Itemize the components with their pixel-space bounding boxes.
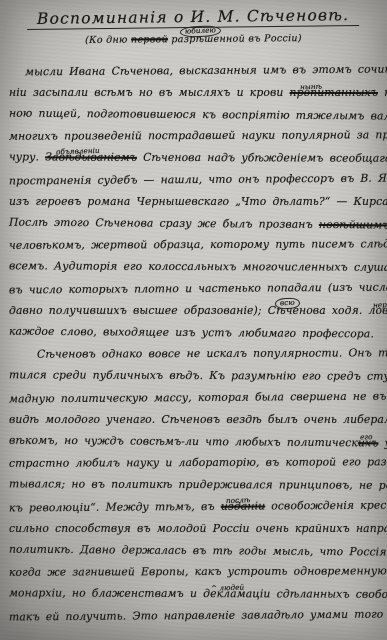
interlinear-insertion: нерѣдко (373, 301, 387, 310)
handwritten-text: человѣкомъ, жертвой образца, которому пу… (9, 237, 387, 252)
handwritten-text: сильно способствуя въ молодой Россіи оче… (9, 522, 387, 535)
manuscript-body: мысли Ивана Сѣченова, высказанныя имъ въ… (0, 60, 387, 627)
handwritten-text: декламаціи^ людей (203, 587, 270, 600)
handwritten-text: вѣкомъ, но чуждъ совсѣмъ-ли что любыхъ п… (9, 433, 358, 449)
manuscript-line: каждое слово, выходящее изъ устъ любимаг… (9, 320, 381, 345)
manuscript-line: къ революціи“. Между тѣмъ, въ изданіипос… (9, 495, 381, 520)
struck-word: первой (131, 34, 168, 45)
manuscript-photo: Воспоминанія о И. М. Сѣченовѣ. (Ко дню п… (0, 0, 387, 640)
manuscript-line: чуру. Завѣдываніемъобъявленіи Сѣченова н… (9, 146, 381, 169)
manuscript-line: ніи засыпали всѣмъ но въ мысляхъ и крови… (9, 82, 381, 104)
handwritten-text: пространенія судебъ — нашли, что онъ про… (9, 171, 387, 187)
interlinear-insertion: всю (274, 298, 299, 310)
handwritten-text: ніи засыпали всѣмъ но въ мысляхъ и крови (9, 86, 290, 99)
handwritten-text: мысли Ивана Сѣченова, высказанныя имъ въ… (25, 62, 387, 78)
handwritten-text: разрѣшеннойюбилею (171, 34, 245, 46)
manuscript-line: монархіи, но блаженствамъ и декламаціи^ … (9, 582, 381, 605)
handwritten-text: давно получившихъ высшее образованіе); (9, 304, 268, 317)
handwritten-text: каждое слово, выходящее изъ устъ любимаг… (9, 324, 374, 340)
handwritten-text: Сѣченова надъ убѣжденіемъ всеобщаго рас- (137, 151, 387, 165)
handwritten-text: въ число которыхъ плотно и частенько поп… (9, 280, 387, 296)
interlinear-insertion: нынѣ (300, 83, 322, 92)
manuscript-line: тился среди публичныхъ вѣдъ. Къ разумѣні… (9, 364, 381, 387)
manuscript-line: давно получившихъ высшее образованіе); С… (9, 300, 381, 322)
handwritten-text: увлеченій. Онъ (378, 436, 387, 450)
handwritten-text: къ революціи“. Между тѣмъ, въ (9, 500, 221, 515)
manuscript-line: Сѣченовъ однако вовсе не искалъ популярн… (9, 343, 381, 366)
manuscript-line: сильно способствуя въ молодой Россіи оче… (9, 518, 381, 540)
handwritten-text: ловилинерѣдко (369, 304, 387, 317)
struck-word: Завѣдываніемъобъявленіи (45, 151, 137, 164)
manuscript-line: многихъ произведеній пострадавшей науки … (9, 125, 381, 148)
manuscript-subtitle: (Ко дню первой разрѣшеннойюбилею въ Росс… (0, 32, 387, 46)
handwritten-text: страстно любилъ науку и лабораторію, въ … (9, 455, 387, 470)
handwritten-text: Послѣ этого Сѣченова сразу же былъ прозв… (9, 215, 319, 230)
handwritten-text: монархіи, но блаженствамъ и (9, 586, 203, 600)
manuscript-line: человѣкомъ, жертвой образца, которому пу… (9, 234, 381, 257)
interlinear-insertion: объявленіи (56, 147, 100, 156)
handwritten-text: политикѣ. Давно держалась въ тѣ годы мыс… (9, 542, 387, 558)
struck-word: новѣйшимъ (319, 218, 387, 232)
handwritten-text: ною пищей, подготовившеюся къ воспріятію… (9, 106, 387, 122)
handwritten-text: сдѣланныхъ свободы, (270, 587, 387, 601)
manuscript-line: пространенія судебъ — нашли, что онъ про… (9, 168, 381, 193)
handwritten-text: въ Россіи) (245, 33, 302, 44)
interlinear-insertion: юбилею (180, 25, 221, 38)
handwritten-text: книж- (378, 86, 387, 99)
manuscript-line: ною пищей, подготовившеюся къ воспріятію… (9, 102, 381, 127)
interlinear-insertion: его (360, 433, 373, 441)
handwritten-text: ходя. (326, 304, 369, 317)
handwritten-text: освобожденія крестьянъ, мысли (265, 498, 387, 513)
manuscript-line: видѣ молодого ученаго. Сѣченовъ вездѣ бы… (9, 409, 381, 431)
manuscript-line: изъ героевъ романа Чернышевскаго „Что дѣ… (9, 191, 381, 213)
manuscript-line: когда же загнившей Европы, какъ устроить… (9, 561, 381, 584)
manuscript-line: Послѣ этого Сѣченова сразу же былъ прозв… (9, 211, 381, 236)
struck-word: пропитанныхънынѣ (290, 86, 378, 99)
handwritten-text: Сѣченовъ однако вовсе не искалъ популярн… (37, 347, 387, 361)
manuscript-line: всемъ. Аудиторія его колоссальныхъ много… (9, 255, 381, 278)
struck-word: ихъего (358, 436, 379, 449)
manuscript-line: политикѣ. Давно держалась въ тѣ годы мыс… (9, 538, 381, 563)
interlinear-insertion: послѣ (226, 496, 251, 505)
handwritten-text: когда же загнившей Европы, какъ устроить… (9, 564, 387, 579)
handwritten-text: изъ героевъ романа Чернышевскаго „Что дѣ… (9, 195, 387, 208)
handwritten-text: тился среди публичныхъ вѣдъ. Къ разумѣні… (9, 368, 387, 383)
manuscript-line: тывался; но въ политикѣ придерживался пр… (9, 473, 381, 496)
handwritten-text: чуру. (9, 150, 45, 163)
handwritten-text: Сѣченовавсю (268, 304, 326, 317)
handwritten-text: тывался; но въ политикѣ придерживался пр… (9, 477, 387, 492)
interlinear-insertion: ^ людей (211, 584, 244, 593)
handwritten-text: многихъ произведеній пострадавшей науки … (9, 129, 387, 144)
manuscript-line: мадную политическую массу, которая была … (9, 386, 381, 411)
handwritten-text: (Ко дню (85, 35, 131, 46)
handwritten-text: мадную политическую массу, которая была … (9, 389, 387, 405)
handwritten-text: такъ ей получить. Это направленіе завлад… (9, 607, 383, 623)
handwritten-text: всемъ. Аудиторія его колоссальныхъ много… (9, 259, 387, 274)
manuscript-header: Воспоминанія о И. М. Сѣченовѣ. (Ко дню п… (0, 0, 387, 45)
manuscript-line: мысли Ивана Сѣченова, высказанныя имъ въ… (9, 59, 381, 84)
manuscript-line: страстно любилъ науку и лабораторію, въ … (9, 452, 381, 475)
struck-word: изданіипослѣ (221, 499, 265, 512)
handwritten-text: видѣ молодого ученаго. Сѣченовъ вездѣ бы… (9, 413, 387, 426)
manuscript-line: такъ ей получить. Это направленіе завлад… (9, 603, 381, 628)
manuscript-line: въ число которыхъ плотно и частенько поп… (9, 277, 381, 302)
manuscript-line: вѣкомъ, но чуждъ совсѣмъ-ли что любыхъ п… (9, 429, 381, 454)
